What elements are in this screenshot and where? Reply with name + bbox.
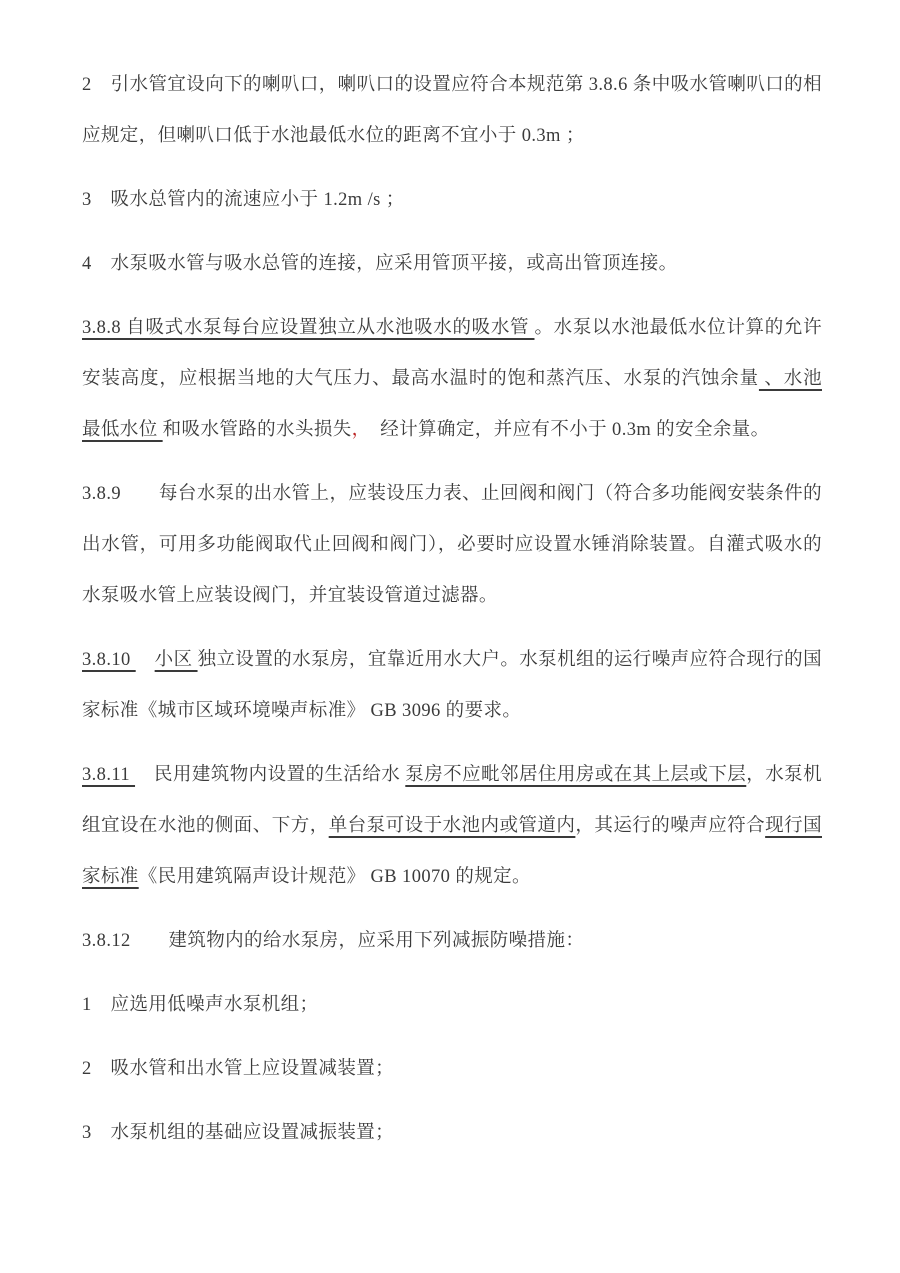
clause-3-8-9-segment-normal: 3.8.9 每台水泵的出水管上，应装设压力表、止回阀和阀门（符合多功能阀安装条件…: [82, 484, 822, 606]
measure-item-3-segment-normal: 3 水泵机组的基础应设置减振装置；: [82, 1123, 394, 1143]
measure-item-1: 1 应选用低噪声水泵机组；: [82, 980, 822, 1031]
clause-3-8-12-segment-normal: 3.8.12 建筑物内的给水泵房，应采用下列减振防噪措施：: [82, 931, 584, 951]
measure-item-3: 3 水泵机组的基础应设置减振装置；: [82, 1108, 822, 1159]
document-body: 2 引水管宜设向下的喇叭口，喇叭口的设置应符合本规范第 3.8.6 条中吸水管喇…: [82, 60, 822, 1172]
clause-subitem-3-segment-normal: 3 吸水总管内的流速应小于 1.2m /s ；: [82, 190, 405, 210]
clause-3-8-11-segment-normal: 民用建筑物内设置的生活给水: [135, 765, 405, 785]
clause-3-8-11-segment-underline: 3.8.11: [82, 765, 135, 785]
clause-3-8-9: 3.8.9 每台水泵的出水管上，应装设压力表、止回阀和阀门（符合多功能阀安装条件…: [82, 469, 822, 622]
clause-3-8-11-segment-normal: ，其运行的噪声应符合: [575, 816, 765, 836]
clause-3-8-11: 3.8.11 民用建筑物内设置的生活给水 泵房不应毗邻居住用房或在其上层或下层，…: [82, 750, 822, 903]
clause-subitem-4-segment-normal: 4 水泵吸水管与吸水总管的连接，应采用管顶平接，或高出管顶连接。: [82, 254, 678, 274]
clause-3-8-10-segment-underline: 小区: [155, 650, 198, 670]
clause-3-8-12: 3.8.12 建筑物内的给水泵房，应采用下列减振防噪措施：: [82, 916, 822, 967]
clause-3-8-10-segment-underline: 3.8.10: [82, 650, 136, 670]
clause-3-8-11-segment-underline: 单台泵可设于水池内或管道内: [329, 816, 576, 836]
document-page: 2 引水管宜设向下的喇叭口，喇叭口的设置应符合本规范第 3.8.6 条中吸水管喇…: [0, 0, 900, 1273]
clause-3-8-11-segment-normal: 《民用建筑隔声设计规范》 GB 10070 的规定。: [139, 867, 531, 887]
measure-item-2-segment-normal: 2 吸水管和出水管上应设置减装置；: [82, 1059, 394, 1079]
clause-3-8-8: 3.8.8 自吸式水泵每台应设置独立从水池吸水的吸水管 。水泵以水池最低水位计算…: [82, 303, 822, 456]
measure-item-1-segment-normal: 1 应选用低噪声水泵机组；: [82, 995, 318, 1015]
clause-subitem-2: 2 引水管宜设向下的喇叭口，喇叭口的设置应符合本规范第 3.8.6 条中吸水管喇…: [82, 60, 822, 162]
clause-3-8-10: 3.8.10 小区 独立设置的水泵房，宜靠近用水大户。水泵机组的运行噪声应符合现…: [82, 635, 822, 737]
clause-3-8-8-segment-underline: 3.8.8 自吸式水泵每台应设置独立从水池吸水的吸水管: [82, 318, 535, 338]
clause-subitem-2-segment-normal: 2 引水管宜设向下的喇叭口，喇叭口的设置应符合本规范第 3.8.6 条中吸水管喇…: [82, 75, 822, 146]
clause-3-8-11-segment-underline: 泵房不应毗邻居住用房或在其上层或下层: [405, 765, 746, 785]
clause-subitem-4: 4 水泵吸水管与吸水总管的连接，应采用管顶平接，或高出管顶连接。: [82, 239, 822, 290]
clause-3-8-8-segment-normal: 和吸水管路的水头损失: [163, 420, 352, 440]
clause-subitem-3: 3 吸水总管内的流速应小于 1.2m /s ；: [82, 175, 822, 226]
clause-3-8-8-segment-normal: 经计算确定，并应有不小于 0.3m 的安全余量。: [361, 420, 769, 440]
clause-3-8-10-segment-normal: [136, 650, 155, 670]
clause-3-8-8-segment-red: ，: [352, 420, 362, 440]
measure-item-2: 2 吸水管和出水管上应设置减装置；: [82, 1044, 822, 1095]
